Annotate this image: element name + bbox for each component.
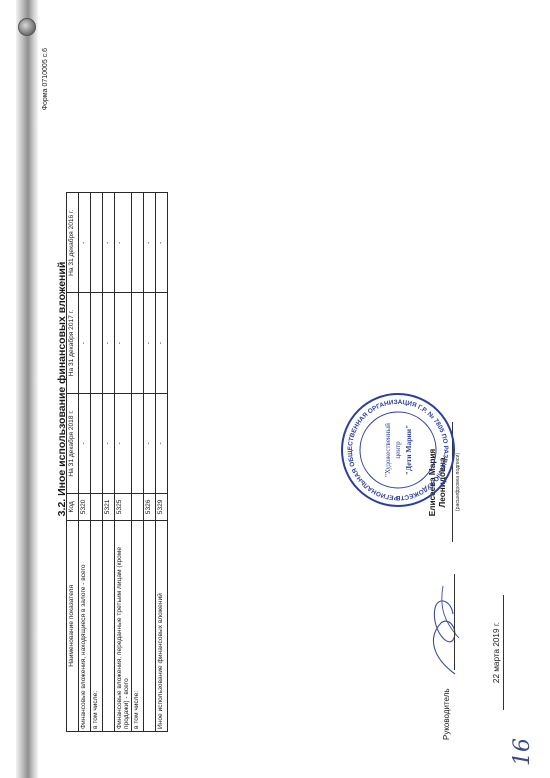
row-value-2018: - (115, 393, 132, 493)
handwritten-signature (425, 578, 465, 678)
row-name: Финансовые вложения, переданные третьим … (115, 520, 132, 731)
row-value-2018: - (103, 393, 115, 493)
signer-role: Руководитель (442, 688, 451, 740)
row-value-2017: - (103, 293, 115, 393)
header-2016: На 31 декабря 2016 г. (67, 193, 79, 293)
row-code: 5326 (144, 494, 156, 521)
row-name (144, 520, 156, 731)
row-code: 5320 (79, 494, 91, 521)
row-value-2016: - (103, 193, 115, 293)
row-value-2018: - (79, 393, 91, 493)
table-row: Финансовые вложения, переданные третьим … (115, 193, 132, 732)
header-2018: На 31 декабря 2018 г. (67, 393, 79, 493)
form-code: Форма 0710005 с.6 (42, 48, 49, 110)
row-value-2018: - (144, 393, 156, 493)
row-value-2017 (91, 293, 103, 393)
row-value-2018: - (156, 393, 168, 493)
table-row: в том числе: (132, 193, 144, 732)
row-name: в том числе: (132, 520, 144, 731)
row-value-2016 (132, 193, 144, 293)
row-value-2017: - (79, 293, 91, 393)
row-code (132, 494, 144, 521)
svg-text:"Художественный: "Художественный (384, 423, 392, 477)
row-value-2016: - (79, 193, 91, 293)
row-code: 5329 (156, 494, 168, 521)
row-value-2016: - (115, 193, 132, 293)
table-row: Финансовые вложения, находящиеся в залог… (79, 193, 91, 732)
row-name: Иное использование финансовых вложений (156, 520, 168, 731)
signing-date: 22 марта 2019 г. (492, 595, 501, 710)
signature-line (454, 574, 455, 670)
row-value-2017: - (156, 293, 168, 393)
row-value-2017: - (144, 293, 156, 393)
row-name: Финансовые вложения, находящиеся в залог… (79, 520, 91, 731)
row-value-2018 (132, 393, 144, 493)
row-code (91, 494, 103, 521)
row-value-2017 (132, 293, 144, 393)
table-header-row: Наименование показателя Код На 31 декабр… (67, 193, 79, 732)
row-value-2017: - (115, 293, 132, 393)
row-value-2018 (91, 393, 103, 493)
row-value-2016: - (156, 193, 168, 293)
table-row: 5321--- (103, 193, 115, 732)
header-name: Наименование показателя (67, 520, 79, 731)
svg-text:"Дети Марии": "Дети Марии" (404, 425, 413, 475)
row-code: 5325 (115, 494, 132, 521)
row-value-2016 (91, 193, 103, 293)
document-page: Форма 0710005 с.6 3.2. Иное использовани… (0, 0, 550, 778)
svg-text:центр: центр (394, 441, 402, 459)
organization-stamp: РЕГИОНАЛЬНАЯ ОБЩЕСТВЕННАЯ ОРГАНИЗАЦИЯ Г.… (338, 390, 458, 510)
date-line (503, 595, 504, 710)
table-row: 5326--- (144, 193, 156, 732)
financial-investments-table: Наименование показателя Код На 31 декабр… (66, 192, 168, 732)
page-number: 16 (510, 738, 535, 766)
header-code: Код (67, 494, 79, 521)
row-value-2016: - (144, 193, 156, 293)
row-code: 5321 (103, 494, 115, 521)
header-2017: На 31 декабря 2017 г. (67, 293, 79, 393)
row-name: в том числе: (91, 520, 103, 731)
table-row: в том числе: (91, 193, 103, 732)
table-row: Иное использование финансовых вложений53… (156, 193, 168, 732)
row-name (103, 520, 115, 731)
